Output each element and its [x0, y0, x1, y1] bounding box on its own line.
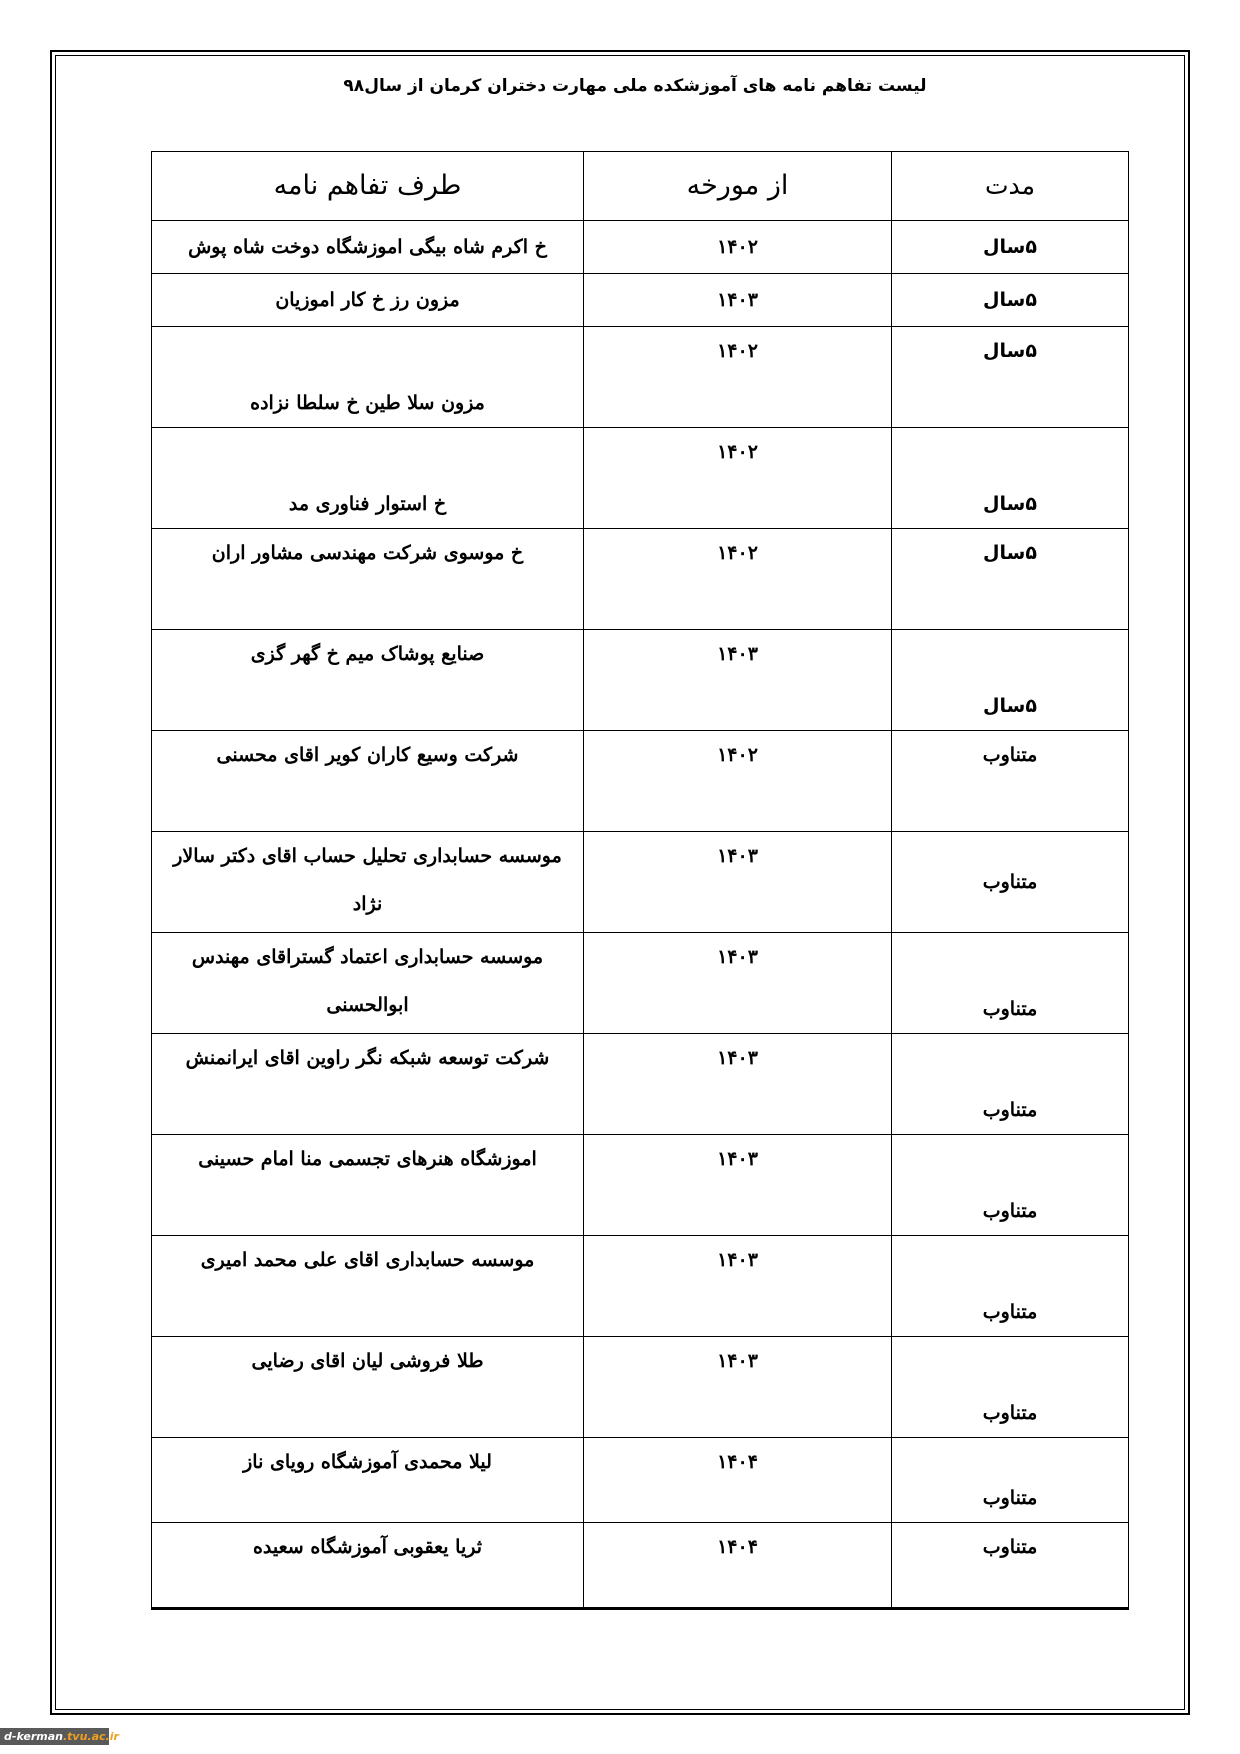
cell-date: ۱۴۰۲: [584, 731, 892, 832]
header-duration: مدت: [892, 152, 1129, 221]
cell-date: ۱۴۰۳: [584, 1034, 892, 1135]
cell-duration: متناوب: [892, 1337, 1129, 1438]
cell-date: ۱۴۰۳: [584, 933, 892, 1034]
table-row: متناوب ۱۴۰۳ طلا فروشی لیان اقای رضایی: [152, 1337, 1129, 1438]
cell-duration: ۵سال: [892, 428, 1129, 529]
table-row: متناوب ۱۴۰۳ موسسه حسابداری تحلیل حساب اق…: [152, 832, 1129, 933]
cell-date: ۱۴۰۲: [584, 529, 892, 630]
cell-date: ۱۴۰۳: [584, 832, 892, 933]
cell-date: ۱۴۰۴: [584, 1438, 892, 1523]
table-row: متناوب ۱۴۰۳ اموزشگاه هنرهای تجسمی منا ام…: [152, 1135, 1129, 1236]
header-party: طرف تفاهم نامه: [152, 152, 584, 221]
cell-party: ثریا یعقوبی آموزشگاه سعیده: [152, 1523, 584, 1609]
cell-party: صنایع پوشاک میم خ گهر گزی: [152, 630, 584, 731]
cell-duration: متناوب: [892, 1236, 1129, 1337]
table-row: ۵سال ۱۴۰۲ خ استوار فناوری مد: [152, 428, 1129, 529]
mou-table: مدت از مورخه طرف تفاهم نامه ۵سال ۱۴۰۲ خ …: [151, 151, 1129, 1610]
cell-date: ۱۴۰۳: [584, 274, 892, 327]
cell-date: ۱۴۰۳: [584, 1135, 892, 1236]
cell-party: موسسه حسابداری تحلیل حساب اقای دکتر سالا…: [152, 832, 584, 933]
cell-party: شرکت توسعه شبکه نگر راوین اقای ایرانمنش: [152, 1034, 584, 1135]
site-watermark: d-kerman.tvu.ac.ir: [0, 1728, 109, 1745]
cell-duration: متناوب: [892, 1523, 1129, 1609]
cell-date: ۱۴۰۴: [584, 1523, 892, 1609]
cell-party: اموزشگاه هنرهای تجسمی منا امام حسینی: [152, 1135, 584, 1236]
cell-duration: متناوب: [892, 933, 1129, 1034]
table-row: متناوب ۱۴۰۳ موسسه حسابداری اعتماد گستراق…: [152, 933, 1129, 1034]
cell-date: ۱۴۰۲: [584, 428, 892, 529]
cell-duration: ۵سال: [892, 221, 1129, 274]
cell-duration: ۵سال: [892, 529, 1129, 630]
cell-party: خ اکرم شاه بیگی اموزشگاه دوخت شاه پوش: [152, 221, 584, 274]
cell-party: لیلا محمدی آموزشگاه رویای ناز: [152, 1438, 584, 1523]
cell-date: ۱۴۰۳: [584, 1236, 892, 1337]
cell-party: موسسه حسابداری اعتماد گستراقای مهندس ابو…: [152, 933, 584, 1034]
table-row: ۵سال ۱۴۰۲ مزون سلا طین خ سلطا نزاده: [152, 327, 1129, 428]
cell-duration: متناوب: [892, 1438, 1129, 1523]
cell-date: ۱۴۰۲: [584, 221, 892, 274]
cell-date: ۱۴۰۳: [584, 1337, 892, 1438]
header-date: از مورخه: [584, 152, 892, 221]
cell-date: ۱۴۰۲: [584, 327, 892, 428]
table-row: متناوب ۱۴۰۲ شرکت وسیع کاران کویر اقای مح…: [152, 731, 1129, 832]
cell-duration: متناوب: [892, 1034, 1129, 1135]
table-row: متناوب ۱۴۰۴ لیلا محمدی آموزشگاه رویای نا…: [152, 1438, 1129, 1523]
cell-party: خ موسوی شرکت مهندسی مشاور اران: [152, 529, 584, 630]
watermark-domain: d-kerman: [4, 1730, 63, 1743]
cell-party: طلا فروشی لیان اقای رضایی: [152, 1337, 584, 1438]
watermark-suffix: .tvu.ac.ir: [63, 1730, 119, 1743]
cell-date: ۱۴۰۳: [584, 630, 892, 731]
table-row: ۵سال ۱۴۰۳ صنایع پوشاک میم خ گهر گزی: [152, 630, 1129, 731]
cell-party: شرکت وسیع کاران کویر اقای محسنی: [152, 731, 584, 832]
cell-duration: متناوب: [892, 832, 1129, 933]
table-header-row: مدت از مورخه طرف تفاهم نامه: [152, 152, 1129, 221]
table-row: متناوب ۱۴۰۳ موسسه حسابداری اقای علی محمد…: [152, 1236, 1129, 1337]
cell-duration: ۵سال: [892, 630, 1129, 731]
document-title: لیست تفاهم نامه های آموزشکده ملی مهارت د…: [150, 72, 1120, 100]
cell-duration: متناوب: [892, 1135, 1129, 1236]
table-row: ۵سال ۱۴۰۲ خ موسوی شرکت مهندسی مشاور اران: [152, 529, 1129, 630]
table-row: ۵سال ۱۴۰۲ خ اکرم شاه بیگی اموزشگاه دوخت …: [152, 221, 1129, 274]
table-row: متناوب ۱۴۰۳ شرکت توسعه شبکه نگر راوین اق…: [152, 1034, 1129, 1135]
cell-duration: متناوب: [892, 731, 1129, 832]
table-row: متناوب ۱۴۰۴ ثریا یعقوبی آموزشگاه سعیده: [152, 1523, 1129, 1609]
table-row: ۵سال ۱۴۰۳ مزون رز خ کار اموزیان: [152, 274, 1129, 327]
cell-party: مزون سلا طین خ سلطا نزاده: [152, 327, 584, 428]
cell-duration: ۵سال: [892, 327, 1129, 428]
cell-duration: ۵سال: [892, 274, 1129, 327]
cell-party: مزون رز خ کار اموزیان: [152, 274, 584, 327]
cell-party: خ استوار فناوری مد: [152, 428, 584, 529]
cell-party: موسسه حسابداری اقای علی محمد امیری: [152, 1236, 584, 1337]
